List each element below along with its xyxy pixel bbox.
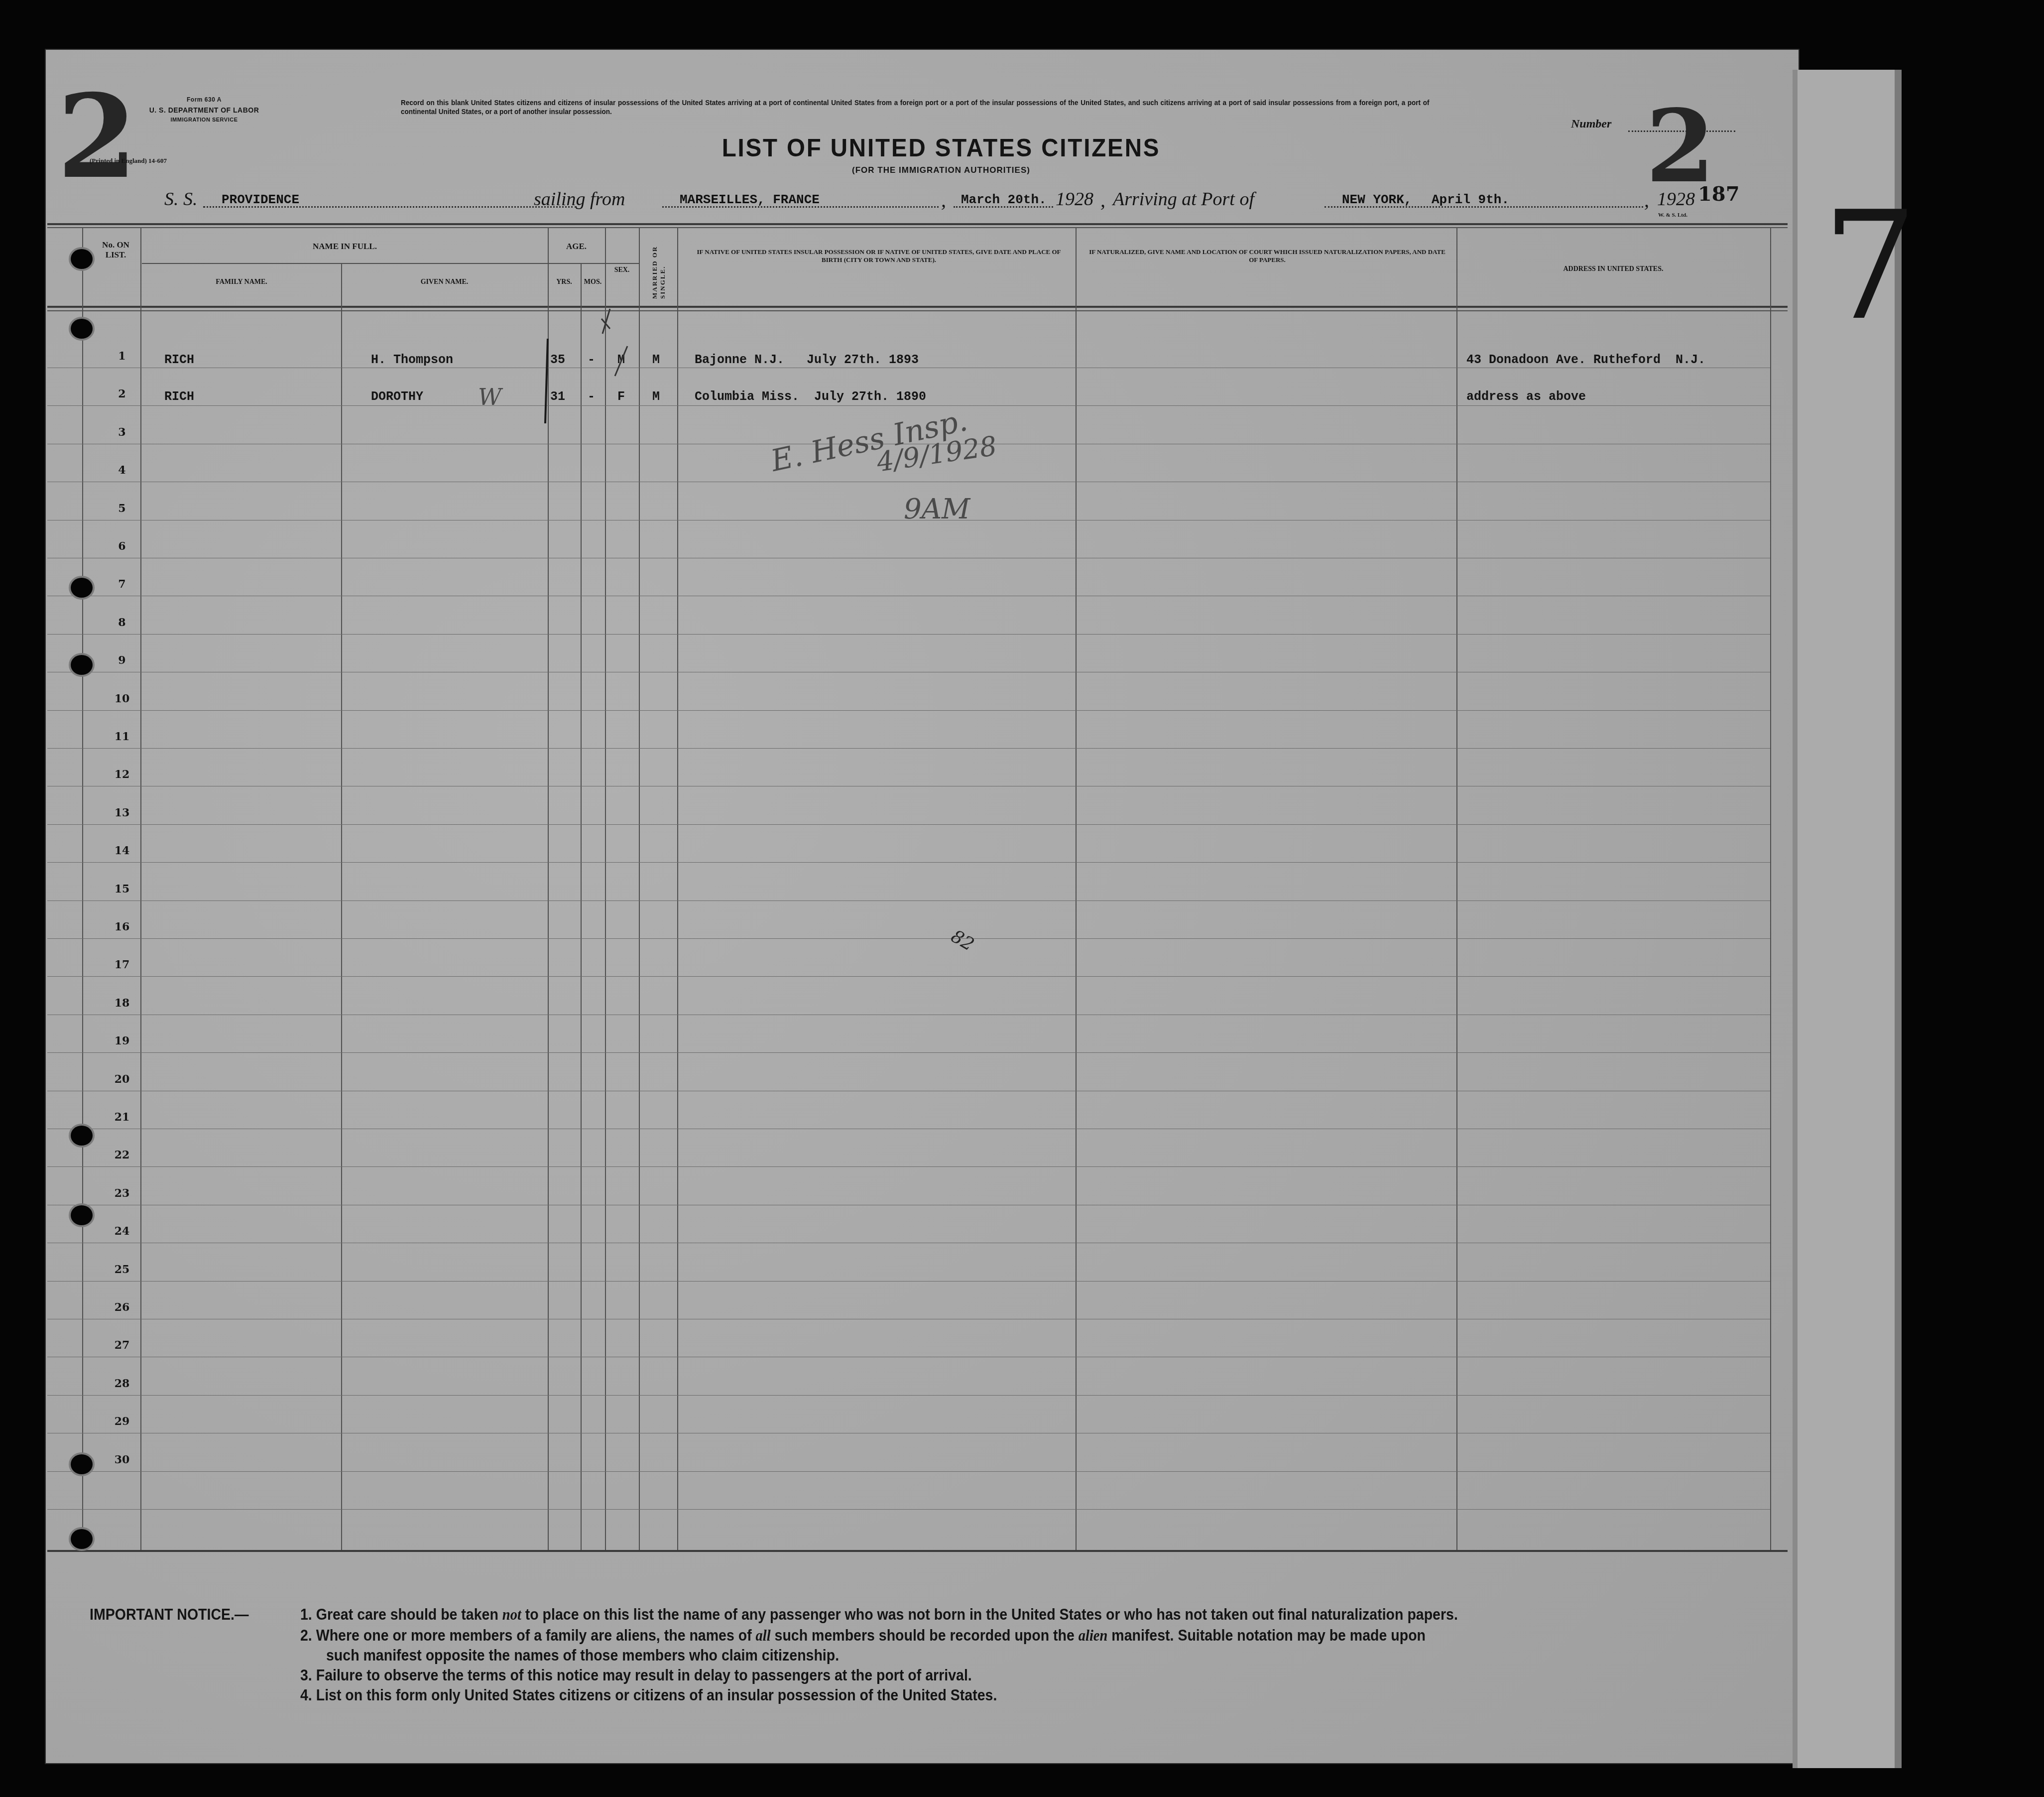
handwritten-mark-row2: W (478, 384, 501, 410)
punch-hole (71, 319, 93, 339)
printer-mark: W. & S. Ltd. (1658, 212, 1687, 218)
row-rule (47, 786, 1770, 786)
row-number: 16 (107, 920, 137, 933)
row-number: 27 (107, 1339, 137, 1352)
row-1-given-name: H. Thompson (371, 353, 453, 367)
header-age: AGE. (548, 242, 605, 252)
number-label: Number (1571, 118, 1611, 131)
voyage-line: S. S. PROVIDENCE sailing from MARSEILLES… (164, 188, 1783, 213)
notice-item-2: 2. Where one or more members of a family… (300, 1626, 1426, 1646)
sailing-label: sailing from (534, 188, 625, 210)
row-rule (47, 1319, 1770, 1319)
margin-handwritten-number: 7 (1822, 179, 1918, 353)
row-rule (47, 862, 1770, 863)
arriving-label: Arriving at Port of (1113, 188, 1254, 210)
punch-hole (71, 1454, 93, 1474)
row-rule (47, 1471, 1770, 1472)
row-rule (47, 1509, 1770, 1510)
row-rule (47, 596, 1770, 596)
header-yrs: YRS. (548, 278, 581, 286)
row-2-given-name: DOROTHY (371, 389, 423, 404)
row-rule (47, 710, 1770, 711)
inspection-time: 9AM (904, 493, 970, 525)
row-rule (47, 368, 1770, 368)
row-rule (47, 824, 1770, 825)
row-number: 6 (107, 540, 137, 553)
row-rule (47, 1433, 1770, 1433)
page-subtitle: (FOR THE IMMIGRATION AUTHORITIES) (642, 165, 1240, 175)
departure-date: March 20th. (961, 192, 1047, 207)
row-rule (47, 1243, 1770, 1243)
row-rule (47, 900, 1770, 901)
row-number: 2 (107, 387, 137, 400)
row-number: 3 (107, 426, 137, 439)
row-number: 11 (107, 730, 137, 743)
row-2-address: address as above (1466, 389, 1586, 404)
row-1-family-name: RICH (164, 353, 194, 367)
row-number: 18 (107, 997, 137, 1010)
arrival-port: NEW YORK, (1342, 192, 1412, 207)
checkmark-pen-marks (513, 299, 662, 428)
header-birth: IF NATIVE OF UNITED STATES INSULAR POSSE… (690, 248, 1068, 264)
row-number: 9 (107, 654, 137, 667)
row-number: 25 (107, 1263, 137, 1276)
row-rule (47, 672, 1770, 672)
row-number: 22 (107, 1149, 137, 1161)
row-rule (47, 1166, 1770, 1167)
header-address: ADDRESS IN UNITED STATES. (1456, 265, 1770, 273)
row-rule (47, 1357, 1770, 1357)
punch-hole (71, 1529, 93, 1549)
row-rule (47, 1395, 1770, 1396)
printed-note: (Printed in England) 14-607 (90, 157, 167, 165)
header-mos: MOS. (581, 278, 605, 286)
departure-year: 1928 (1056, 188, 1093, 210)
row-rule (47, 938, 1770, 939)
row-number: 10 (107, 692, 137, 705)
row-number: 4 (107, 464, 137, 477)
row-1-birth: Bajonne N.J. July 27th. 1893 (695, 353, 919, 367)
punch-hole (71, 655, 93, 675)
row-1-address: 43 Donadoon Ave. Rutheford N.J. (1466, 353, 1705, 367)
row-number: 17 (107, 958, 137, 971)
notice-item-4: 4. List on this form only United States … (300, 1685, 997, 1705)
row-number: 1 (107, 350, 137, 363)
ship-name: PROVIDENCE (222, 192, 299, 207)
row-number: 5 (107, 502, 137, 515)
row-number: 21 (107, 1111, 137, 1124)
form-number: Form 630 A (97, 96, 311, 103)
header-married-or-single: MARRIED OR SINGLE. (651, 234, 667, 299)
punch-hole (71, 1205, 93, 1225)
row-number: 12 (107, 768, 137, 781)
stamped-number-right: 2 (1646, 97, 1715, 197)
service: IMMIGRATION SERVICE (97, 117, 311, 123)
row-number: 15 (107, 883, 137, 896)
notice-label: IMPORTANT NOTICE.— (90, 1605, 249, 1625)
row-rule (47, 1091, 1770, 1091)
header-naturalized: IF NATURALIZED, GIVE NAME AND LOCATION O… (1088, 248, 1446, 264)
row-rule (47, 1052, 1770, 1053)
header-family-name: FAMILY NAME. (142, 278, 341, 286)
row-number: 26 (107, 1301, 137, 1314)
row-2-birth: Columbia Miss. July 27th. 1890 (695, 389, 926, 404)
row-rule (47, 1281, 1770, 1282)
row-number: 8 (107, 616, 137, 629)
row-number: 19 (107, 1034, 137, 1047)
row-number: 14 (107, 844, 137, 857)
header-sex: SEX. (605, 266, 639, 274)
row-number: 30 (107, 1453, 137, 1466)
row-rule (47, 1015, 1770, 1015)
row-rule (47, 405, 1770, 406)
header-given-name: GIVEN NAME. (341, 278, 548, 286)
arrival-year: 1928 (1657, 188, 1695, 210)
row-number: 13 (107, 806, 137, 819)
arrival-date: April 9th. (1432, 192, 1509, 207)
ss-label: S. S. (164, 188, 198, 210)
header-no-on-list: No. ON LIST. (92, 240, 139, 260)
punch-hole (71, 578, 93, 598)
row-rule (47, 558, 1770, 558)
page-ref-number: 187 (1698, 182, 1740, 206)
row-2-family-name: RICH (164, 389, 194, 404)
page-title: LIST OF UNITED STATES CITIZENS (657, 133, 1225, 162)
notice-item-2-continued: such manifest opposite the names of thos… (326, 1646, 839, 1666)
row-number: 29 (107, 1415, 137, 1428)
notice-item-3: 3. Failure to observe the terms of this … (300, 1666, 972, 1685)
header-name-in-full: NAME IN FULL. (142, 242, 548, 252)
row-rule (47, 976, 1770, 977)
row-number: 7 (107, 578, 137, 591)
row-number: 20 (107, 1073, 137, 1086)
punch-hole (71, 249, 93, 269)
row-number: 23 (107, 1187, 137, 1200)
row-rule (47, 748, 1770, 749)
row-rule (47, 634, 1770, 635)
row-number: 28 (107, 1377, 137, 1390)
departure-port: MARSEILLES, FRANCE (680, 192, 820, 207)
row-rule (47, 1205, 1770, 1205)
notice-item-1: 1. Great care should be taken not to pla… (300, 1605, 1458, 1625)
row-number: 24 (107, 1225, 137, 1238)
instructions-text: Record on this blank United States citiz… (401, 99, 1430, 117)
punch-hole (71, 1126, 93, 1146)
department: U. S. DEPARTMENT OF LABOR (97, 106, 311, 114)
row-rule (47, 1129, 1770, 1129)
row-rule (47, 482, 1770, 482)
